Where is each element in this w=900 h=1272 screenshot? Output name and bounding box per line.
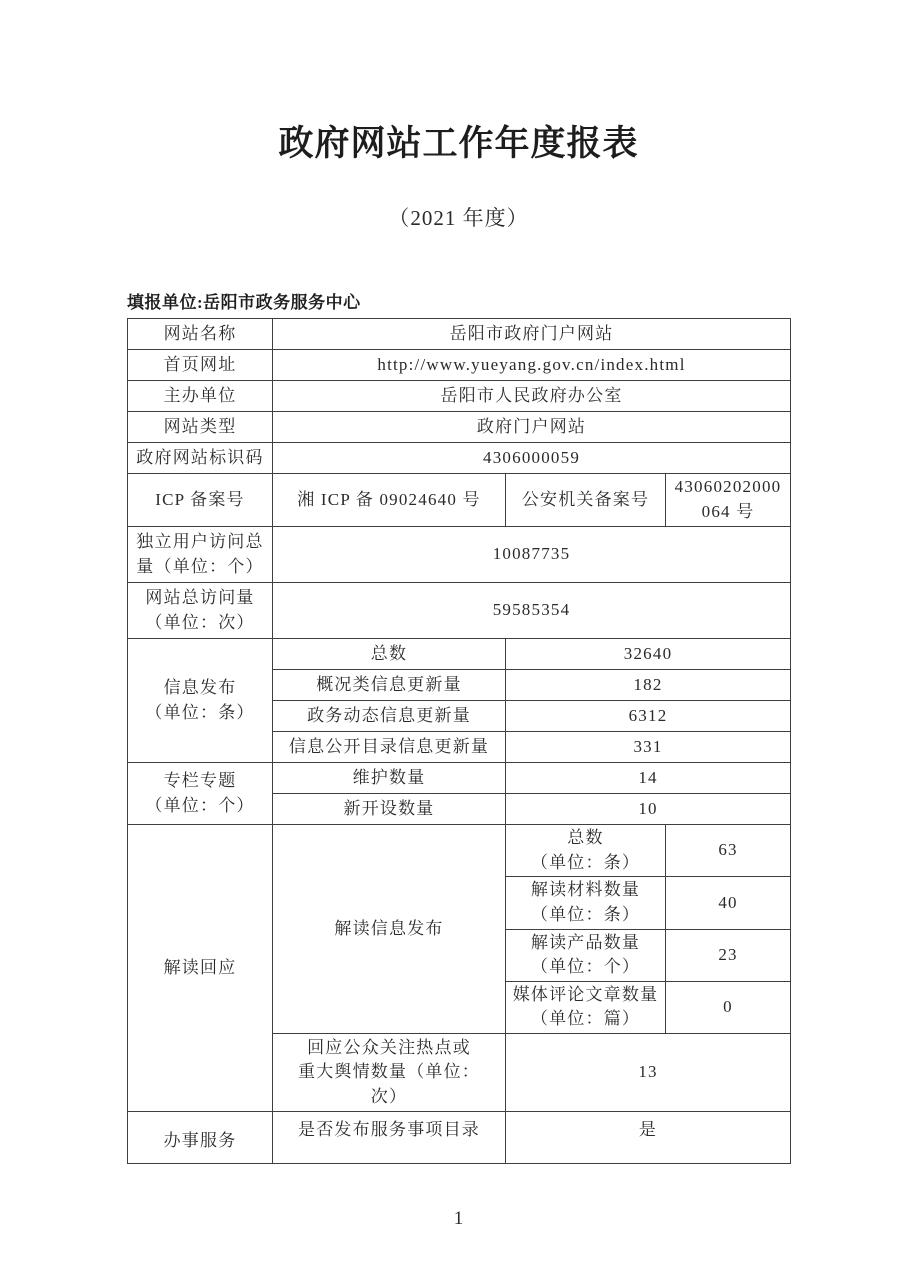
police-record-value: 43060202000 064 号 [666, 474, 791, 527]
special-columns-section-label: 专栏专题 （单位：个） [128, 763, 273, 825]
interpretation-item-value: 23 [666, 929, 791, 981]
row-site-code: 政府网站标识码 4306000059 [128, 443, 791, 474]
interpretation-section-label: 解读回应 [128, 825, 273, 1112]
row-home-url: 首页网址 http://www.yueyang.gov.cn/index.htm… [128, 350, 791, 381]
info-release-item-value: 331 [506, 732, 791, 763]
site-name-value: 岳阳市政府门户网站 [273, 319, 791, 350]
special-columns-item-label: 新开设数量 [273, 794, 506, 825]
interpretation-item-label: 总数 （单位：条） [506, 825, 666, 877]
info-release-item-label: 概况类信息更新量 [273, 670, 506, 701]
home-url-label: 首页网址 [128, 350, 273, 381]
interpretation-item-label: 媒体评论文章数量 （单位：篇） [506, 981, 666, 1033]
row-site-name: 网站名称 岳阳市政府门户网站 [128, 319, 791, 350]
info-release-item-label: 信息公开目录信息更新量 [273, 732, 506, 763]
row-organizer: 主办单位 岳阳市人民政府办公室 [128, 381, 791, 412]
hotspot-label: 回应公众关注热点或 重大舆情数量（单位： 次） [273, 1034, 506, 1112]
site-code-value: 4306000059 [273, 443, 791, 474]
site-type-label: 网站类型 [128, 412, 273, 443]
total-visits-value: 59585354 [273, 583, 791, 639]
special-columns-item-value: 10 [506, 794, 791, 825]
organizer-label: 主办单位 [128, 381, 273, 412]
document-page: 政府网站工作年度报表 （2021 年度） 填报单位:岳阳市政务服务中心 网站名称… [0, 0, 900, 1272]
row-interpretation-total: 解读回应 解读信息发布 总数 （单位：条） 63 [128, 825, 791, 877]
special-columns-item-value: 14 [506, 763, 791, 794]
interpretation-item-value: 40 [666, 877, 791, 929]
unique-visitors-label: 独立用户访问总 量（单位：个） [128, 527, 273, 583]
site-type-value: 政府门户网站 [273, 412, 791, 443]
police-record-label: 公安机关备案号 [506, 474, 666, 527]
site-code-label: 政府网站标识码 [128, 443, 273, 474]
info-release-item-label: 政务动态信息更新量 [273, 701, 506, 732]
organizer-value: 岳阳市人民政府办公室 [273, 381, 791, 412]
interpretation-item-label: 解读产品数量 （单位：个） [506, 929, 666, 981]
info-release-section-label: 信息发布 （单位：条） [128, 639, 273, 763]
page-subtitle: （2021 年度） [127, 202, 790, 232]
interpretation-item-value: 63 [666, 825, 791, 877]
row-service-directory: 办事服务 是否发布服务事项目录 是 [128, 1112, 791, 1164]
document-content: 政府网站工作年度报表 （2021 年度） 填报单位:岳阳市政务服务中心 网站名称… [127, 0, 790, 1230]
row-special-maintained: 专栏专题 （单位：个） 维护数量 14 [128, 763, 791, 794]
info-release-item-label: 总数 [273, 639, 506, 670]
icp-value: 湘 ICP 备 09024640 号 [273, 474, 506, 527]
service-item-label: 是否发布服务事项目录 [273, 1112, 506, 1164]
annual-report-table: 网站名称 岳阳市政府门户网站 首页网址 http://www.yueyang.g… [127, 318, 791, 1164]
icp-label: ICP 备案号 [128, 474, 273, 527]
service-item-value: 是 [506, 1112, 791, 1164]
unique-visitors-value: 10087735 [273, 527, 791, 583]
home-url-value: http://www.yueyang.gov.cn/index.html [273, 350, 791, 381]
reporting-unit: 填报单位:岳阳市政务服务中心 [127, 288, 790, 313]
info-release-item-value: 6312 [506, 701, 791, 732]
row-site-type: 网站类型 政府门户网站 [128, 412, 791, 443]
hotspot-value: 13 [506, 1034, 791, 1112]
total-visits-label: 网站总访问量 （单位：次） [128, 583, 273, 639]
row-unique-visitors: 独立用户访问总 量（单位：个） 10087735 [128, 527, 791, 583]
page-title: 政府网站工作年度报表 [127, 0, 790, 166]
row-icp: ICP 备案号 湘 ICP 备 09024640 号 公安机关备案号 43060… [128, 474, 791, 527]
info-release-item-value: 182 [506, 670, 791, 701]
special-columns-item-label: 维护数量 [273, 763, 506, 794]
service-section-label: 办事服务 [128, 1112, 273, 1164]
info-release-item-value: 32640 [506, 639, 791, 670]
interpretation-item-label: 解读材料数量 （单位：条） [506, 877, 666, 929]
site-name-label: 网站名称 [128, 319, 273, 350]
interpretation-release-label: 解读信息发布 [273, 825, 506, 1034]
page-number: 1 [127, 1208, 790, 1230]
row-total-visits: 网站总访问量 （单位：次） 59585354 [128, 583, 791, 639]
interpretation-item-value: 0 [666, 981, 791, 1033]
row-info-release-total: 信息发布 （单位：条） 总数 32640 [128, 639, 791, 670]
